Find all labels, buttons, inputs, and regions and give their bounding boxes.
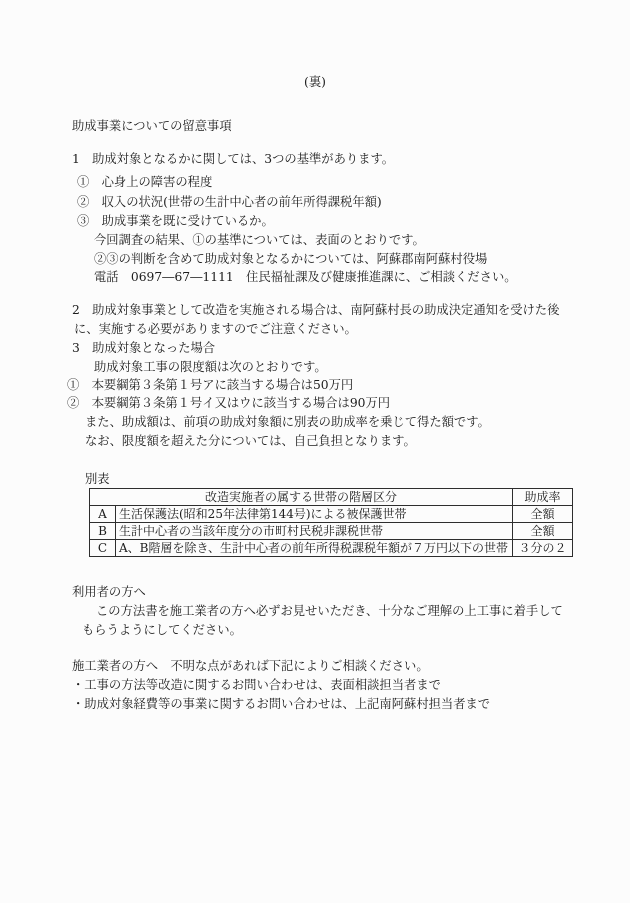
section3-note-2: なお、限度額を超えた分については、自己負担となります。 (85, 434, 416, 449)
table-header-row: 改造実施者の属する世帯の階層区分 助成率 (90, 489, 573, 506)
row-key: A (90, 506, 116, 523)
contractors-note-bullet-1: ・工事の方法等改造に関するお問い合わせは、表面相談担当者まで (72, 678, 441, 693)
section3-item-1: ① 本要綱第３条第１号アに該当する場合は50万円 (67, 378, 353, 393)
table-row: B 生計中心者の当該年度分の市町村民税非課税世帯 全額 (90, 523, 573, 540)
row-rate: 全額 (513, 523, 573, 540)
section3-subline: 助成対象工事の限度額は次のとおりです。 (94, 360, 327, 375)
users-note-heading: 利用者の方へ (72, 585, 146, 600)
section1-item-2: ② 収入の状況(世帯の生計中心者の前年所得課税年額) (77, 195, 382, 210)
section3-note-1: また、助成額は、前項の助成対象額に別表の助成率を乗じて得た額です。 (85, 415, 490, 430)
page-side-label: (裏) (0, 75, 630, 90)
section3-item-2: ② 本要綱第３条第１号イ又はウに該当する場合は90万円 (67, 396, 390, 411)
section2-line-2: に、実施する必要がありますのでご注意ください。 (74, 322, 357, 337)
table-header-category: 改造実施者の属する世帯の階層区分 (90, 489, 513, 506)
document-title: 助成事業についての留意事項 (72, 119, 232, 134)
users-note-line-1: この方法書を施工業者の方へ必ずお見せいただき、十分なご理解の上工事に着手して (96, 604, 563, 619)
section1-heading: 1 助成対象となるかに関しては、3つの基準があります。 (72, 152, 394, 167)
row-key: B (90, 523, 116, 540)
section2-line-1: 2 助成対象事業として改造を実施される場合は、南阿蘇村長の助成決定通知を受けた後 (72, 303, 559, 318)
row-rate: ３分の２ (513, 540, 573, 557)
row-description: A、B階層を除き、生計中心者の前年所得税課税年額が７万円以下の世帯 (116, 540, 513, 557)
row-key: C (90, 540, 116, 557)
row-description: 生計中心者の当該年度分の市町村民税非課税世帯 (116, 523, 513, 540)
section3-heading: 3 助成対象となった場合 (72, 341, 215, 356)
subsidy-rate-table: 改造実施者の属する世帯の階層区分 助成率 A 生活保護法(昭和25年法律第144… (89, 488, 573, 557)
section1-note-2: ②③の判断を含めて助成対象となるかについては、阿蘇郡南阿蘇村役場 (94, 252, 487, 267)
contractors-note-bullet-2: ・助成対象経費等の事業に関するお問い合わせは、上記南阿蘇村担当者まで (72, 697, 490, 712)
section1-note-3: 電話 0697―67―1111 住民福祉課及び健康推進課に、ご相談ください。 (94, 270, 517, 285)
table-row: C A、B階層を除き、生計中心者の前年所得税課税年額が７万円以下の世帯 ３分の２ (90, 540, 573, 557)
row-rate: 全額 (513, 506, 573, 523)
contractors-note-heading: 施工業者の方へ 不明な点があれば下記によりご相談ください。 (72, 659, 429, 674)
table-row: A 生活保護法(昭和25年法律第144号)による被保護世帯 全額 (90, 506, 573, 523)
section1-note-1: 今回調査の結果、①の基準については、表面のとおりです。 (94, 233, 425, 248)
table-header-rate: 助成率 (513, 489, 573, 506)
row-description: 生活保護法(昭和25年法律第144号)による被保護世帯 (116, 506, 513, 523)
table-caption: 別表 (85, 472, 110, 487)
section1-item-1: ① 心身上の障害の程度 (77, 175, 212, 190)
document-page: (裏) 助成事業についての留意事項 1 助成対象となるかに関しては、3つの基準が… (0, 0, 630, 903)
users-note-line-2: もらうようにしてください。 (82, 623, 242, 638)
section1-item-3: ③ 助成事業を既に受けているか。 (77, 214, 274, 229)
